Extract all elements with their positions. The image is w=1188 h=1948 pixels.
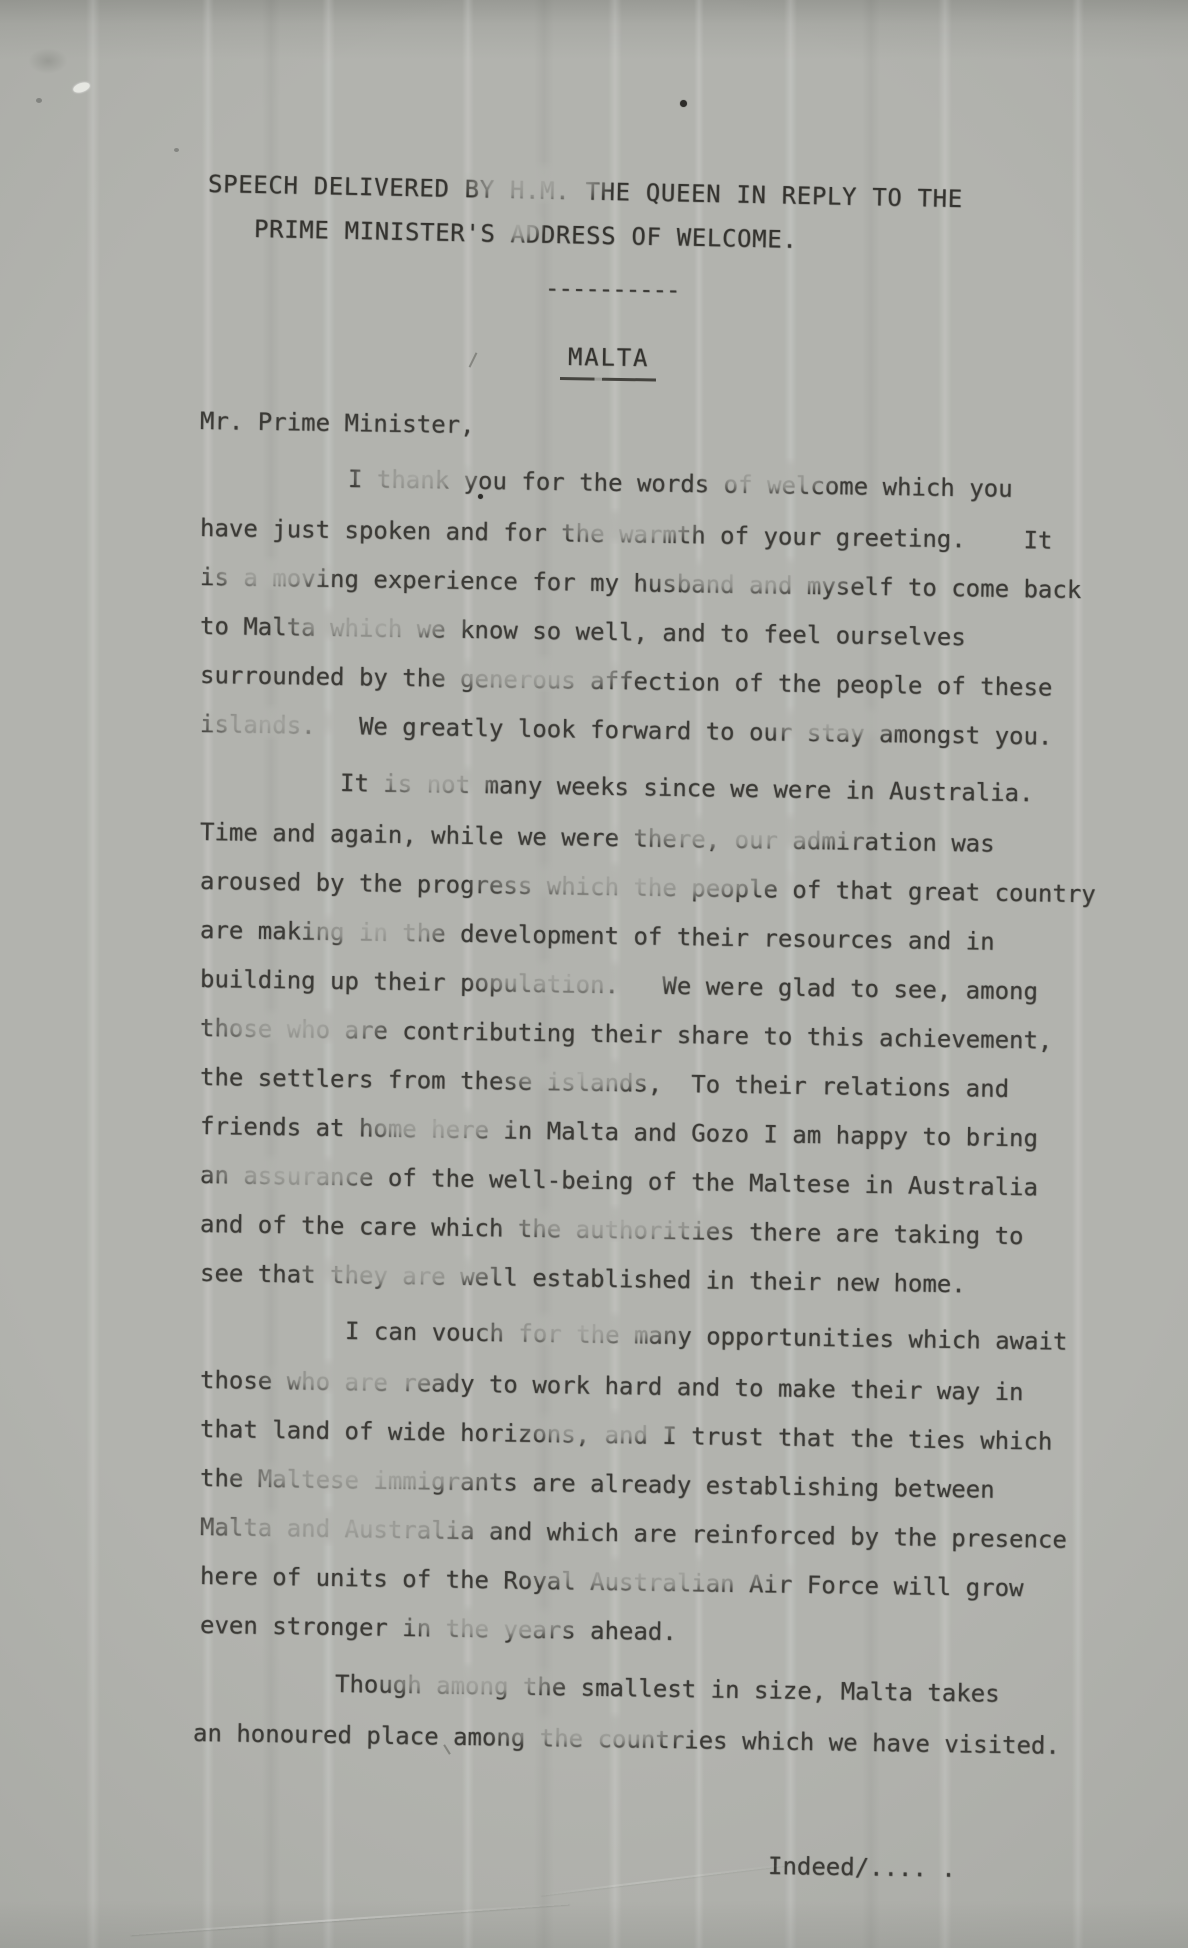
typed-line: here of units of the Royal Australian Ai… — [200, 1560, 1024, 1604]
salutation: Mr. Prime Minister, — [200, 405, 475, 441]
pencil-smudge — [28, 48, 68, 74]
typed-line: see that they are well established in th… — [200, 1257, 966, 1300]
typed-line: aroused by the progress which the people… — [200, 865, 1096, 910]
typed-line: the Maltese immigrants are already estab… — [200, 1462, 995, 1506]
typed-line: Time and again, while we were there, our… — [200, 816, 995, 860]
typed-line: have just spoken and for the warmth of y… — [200, 512, 1053, 557]
typed-line: Malta and Australia and which are reinfo… — [200, 1511, 1067, 1556]
typed-line: I can vouch for the many opportunities w… — [345, 1315, 1068, 1358]
typed-line: that land of wide horizons, and I trust … — [200, 1413, 1053, 1458]
typed-line: friends at home here in Malta and Gozo I… — [200, 1110, 1038, 1154]
typed-line: islands. We greatly look forward to our … — [200, 708, 1053, 753]
typed-line: surrounded by the generous affection of … — [200, 659, 1053, 704]
typed-line: those who are contributing their share t… — [200, 1012, 1053, 1057]
paper-speck — [36, 98, 42, 103]
ink-dot — [478, 494, 483, 499]
title-separator: ---------- — [545, 272, 680, 306]
typed-line: even stronger in the years ahead. — [200, 1609, 677, 1648]
typed-line: I thank you for the words of welcome whi… — [348, 463, 1013, 505]
paper-crease — [130, 1903, 569, 1936]
place-heading-underline — [560, 377, 656, 382]
typed-line: are making in the development of their r… — [200, 914, 995, 958]
pencil-mark — [469, 352, 478, 367]
typed-line: It is not many weeks since we were in Au… — [340, 767, 1034, 809]
document-title-line1: SPEECH DELIVERED BY H.M. THE QUEEN IN RE… — [208, 168, 963, 215]
paper-speck — [174, 148, 179, 152]
typed-line: Though among the smallest in size, Malta… — [335, 1668, 1000, 1710]
typed-line: to Malta which we know so well, and to f… — [200, 610, 966, 653]
ink-dot — [680, 100, 687, 107]
typed-line: an honoured place among the countries wh… — [193, 1717, 1060, 1762]
typed-line: and of the care which the authorities th… — [200, 1208, 1024, 1252]
catchword: Indeed/.... . — [768, 1850, 956, 1885]
paper-white-speck — [72, 81, 91, 95]
typed-line: building up their population. We were gl… — [200, 963, 1038, 1007]
typed-line: the settlers from these islands, To thei… — [200, 1061, 1010, 1105]
typed-line: those who are ready to work hard and to … — [200, 1364, 1024, 1408]
paper-streak — [86, 0, 100, 1948]
paper-streak — [1072, 0, 1084, 1948]
paper-crease — [541, 1862, 799, 1896]
typed-line: is a moving experience for my husband an… — [200, 561, 1082, 606]
document-title-line2: PRIME MINISTER'S ADDRESS OF WELCOME. — [254, 213, 798, 256]
scanned-document-page: { "colors": { "paper": "#b2b3ae", "ink":… — [0, 0, 1188, 1948]
place-heading: MALTA — [568, 341, 650, 374]
paper-bottom-shadow — [0, 1900, 1188, 1948]
paper-top-shadow — [0, 0, 1188, 60]
typed-line: an assurance of the well-being of the Ma… — [200, 1159, 1038, 1203]
